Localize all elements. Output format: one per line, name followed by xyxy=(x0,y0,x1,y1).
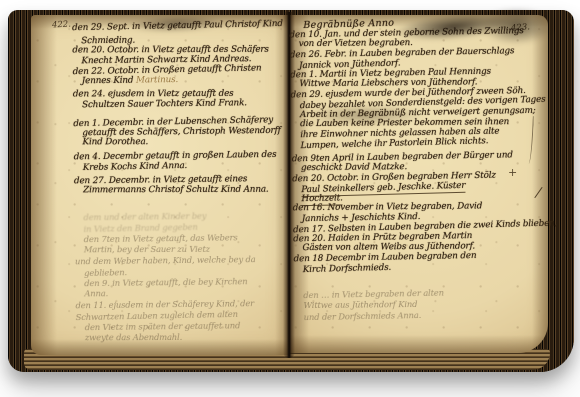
manuscript-line: Zimmermanns Christof Schultz Kind Anna. xyxy=(83,185,288,196)
manuscript-line: den 20. Octobr. in Vietz getaufft des Sc… xyxy=(72,45,286,56)
manuscript-line: zweyte das Abendmahl. xyxy=(85,332,290,344)
left-page-text: den 29. Sept. in Vietz getaufft Paul Chr… xyxy=(72,20,290,345)
ink-smudge xyxy=(470,8,555,48)
light-ink-word: Martinus. xyxy=(136,75,178,86)
ink-smudge xyxy=(298,102,448,128)
margin-cross-mark: + xyxy=(508,166,517,179)
ink-smudge xyxy=(118,12,234,36)
manuscript-photo: 422. 423. den 29. Sept. in Vietz getauff… xyxy=(0,0,580,397)
manuscript-line: Kind Dorothea. xyxy=(82,137,287,148)
left-page-number: 422. xyxy=(52,20,71,31)
manuscript-line: Schultzen Sauer Tochters Kind Frank. xyxy=(82,98,287,111)
manuscript-line: den 24. ejusdem in Vietz getaufft des xyxy=(73,89,287,100)
